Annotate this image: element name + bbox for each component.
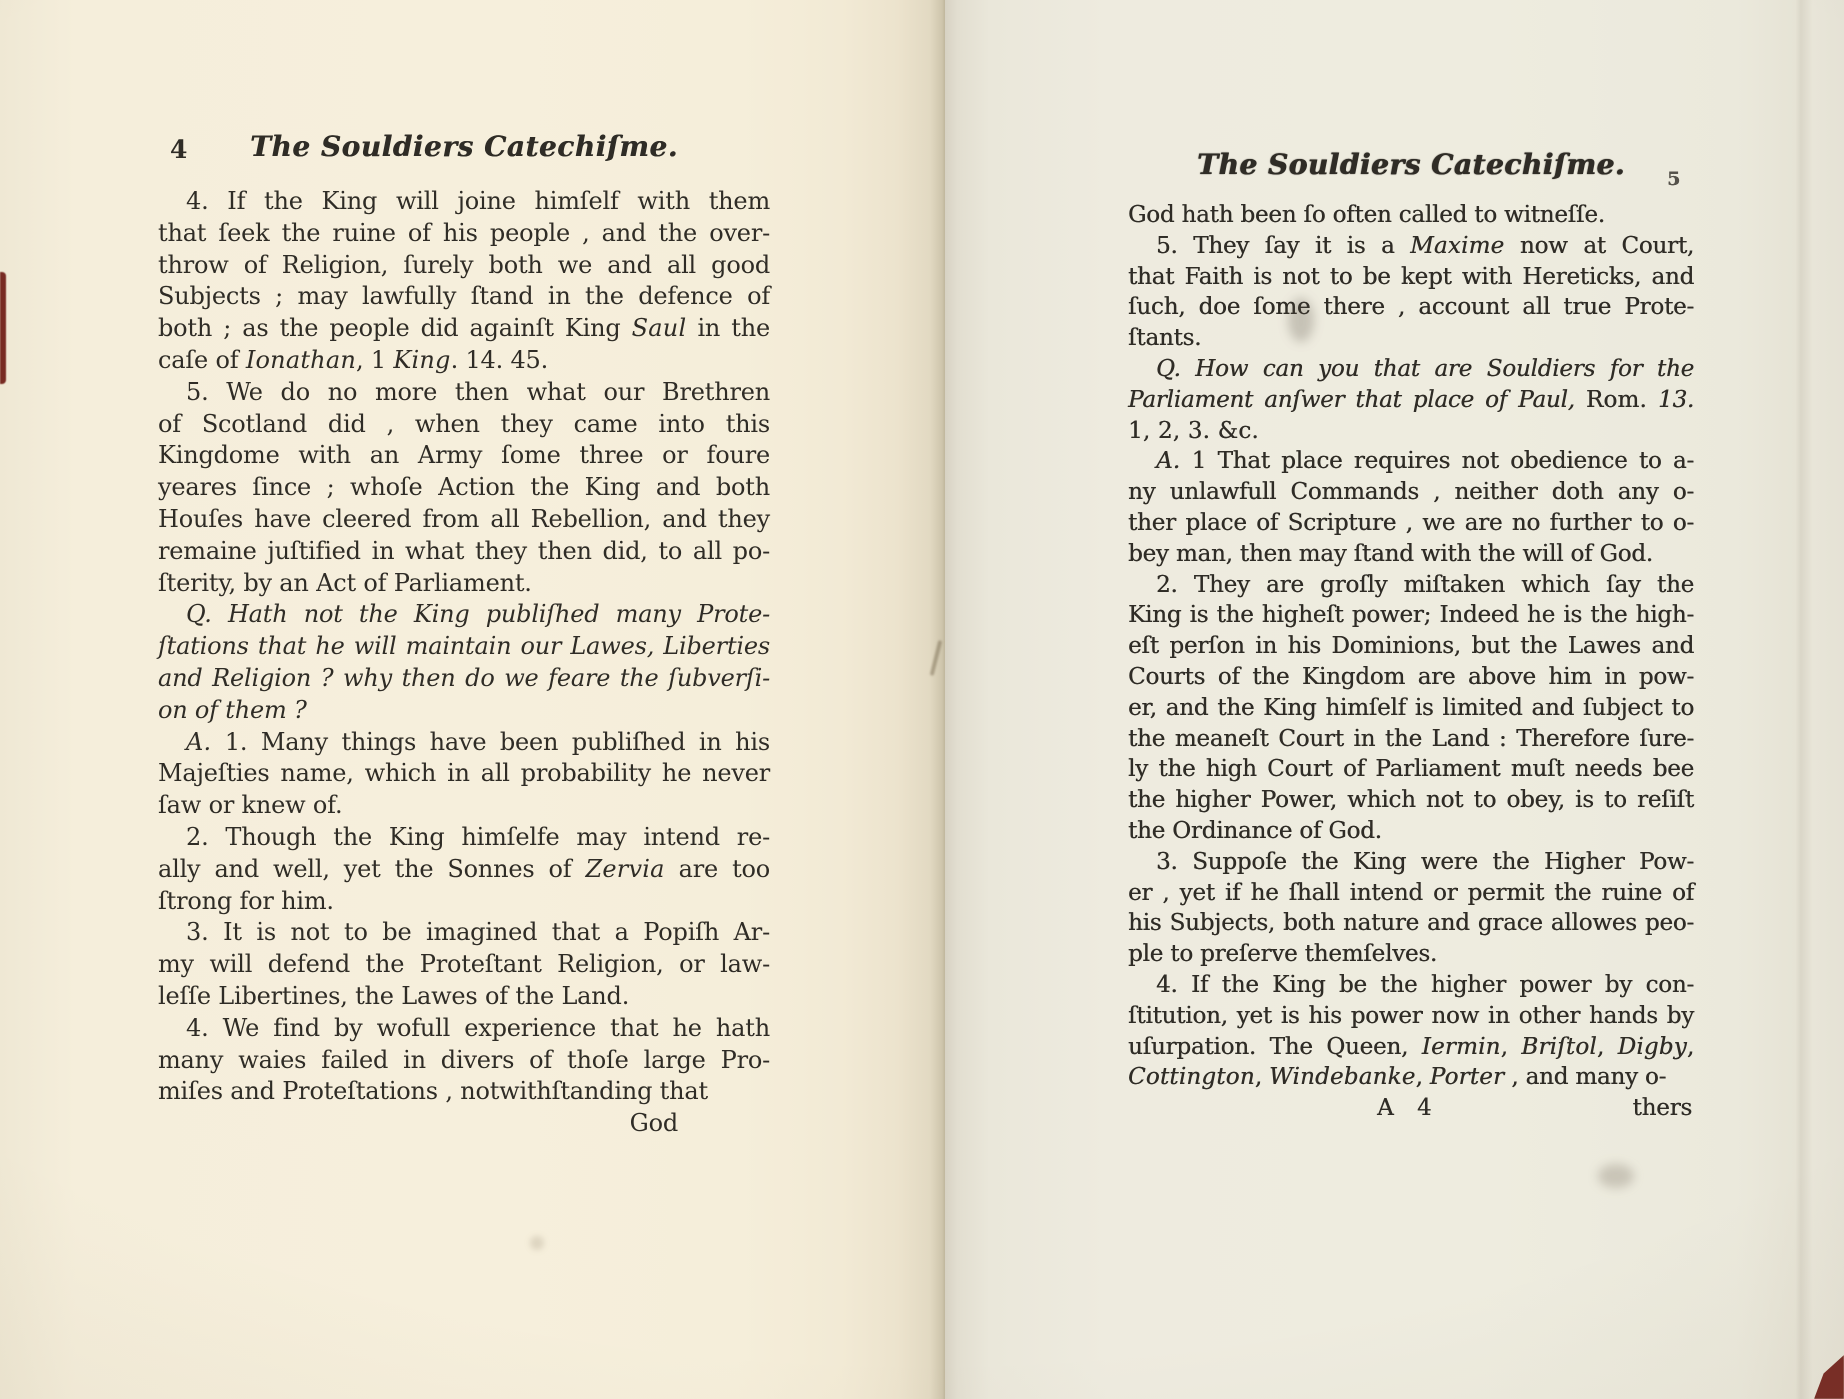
text-line: ny unlawfull Commands , neither doth any…: [1128, 477, 1694, 508]
text-line: that Faith is not to be kept with Hereti…: [1128, 262, 1694, 293]
text-line: his Subjects, both nature and grace allo…: [1128, 908, 1694, 939]
book-spread: 4 The Souldiers Catechiſme. 4. If the Ki…: [0, 0, 1844, 1399]
left-catchword: God: [158, 1108, 770, 1140]
text-line: many waies failed in divers of thoſe lar…: [158, 1045, 770, 1077]
answer-paragraph: 3. Suppoſe the King were the Higher Pow-…: [1128, 847, 1694, 970]
text-line: on of them ?: [158, 695, 770, 727]
left-text-block: 4 The Souldiers Catechiſme. 4. If the Ki…: [158, 130, 770, 1140]
text-line: ſaw or knew of.: [158, 790, 770, 822]
text-line: throw of Religion, ſurely both we and al…: [158, 250, 770, 282]
text-line: the Ordinance of God.: [1128, 816, 1694, 847]
right-page-body: God hath been ſo often called to witneſſ…: [1128, 200, 1694, 1093]
question-paragraph: Q. Hath not the King publiſhed many Prot…: [158, 599, 770, 726]
right-running-title: The Souldiers Catechiſme.: [1128, 148, 1694, 182]
answer-paragraph: 5. They ſay it is a Maxime now at Court,…: [1128, 231, 1694, 354]
text-line: God hath been ſo often called to witneſſ…: [1128, 200, 1694, 231]
signature-mark: A 4: [1377, 1093, 1440, 1124]
answer-paragraph: 3. It is not to be imagined that a Popiſ…: [158, 917, 770, 1012]
text-line: miſes and Proteſtations , notwithſtandin…: [158, 1076, 770, 1108]
text-line: ly the high Court of Parliament muſt nee…: [1128, 754, 1694, 785]
answer-paragraph: 2. Though the King himſelfe may intend r…: [158, 822, 770, 917]
text-line: ſtitution, yet is his power now in other…: [1128, 1001, 1694, 1032]
text-line: King is the higheſt power; Indeed he is …: [1128, 600, 1694, 631]
text-line: er , yet if he ſhall intend or permit th…: [1128, 878, 1694, 909]
text-line: Subjects ; may lawfully ſtand in the def…: [158, 281, 770, 313]
text-line: 5. We do no more then what our Brethren: [158, 377, 770, 409]
text-line: Kingdome with an Army ſome three or four…: [158, 440, 770, 472]
text-line: ſuch, doe ſome there , account all true …: [1128, 292, 1694, 323]
text-line: bey man, then may ſtand with the will of…: [1128, 539, 1694, 570]
text-line: Majeſties name, which in all probability…: [158, 758, 770, 790]
text-line: and Religion ? why then do we feare the …: [158, 663, 770, 695]
answer-paragraph: A. 1. Many things have been publiſhed in…: [158, 727, 770, 822]
right-catchword: thers: [1633, 1093, 1692, 1124]
text-line: ally and well, yet the Sonnes of Zervia …: [158, 854, 770, 886]
text-line: ſtations that he will maintain our Lawes…: [158, 631, 770, 663]
answer-paragraph: 4. If the King will joine himſelf with t…: [158, 186, 770, 377]
left-running-title: The Souldiers Catechiſme.: [158, 130, 770, 164]
answer-paragraph: 4. We find by wofull experience that he …: [158, 1013, 770, 1108]
text-line: Q. Hath not the King publiſhed many Prot…: [158, 599, 770, 631]
text-line: Houſes have cleered from all Rebellion, …: [158, 504, 770, 536]
text-line: the higher Power, which not to obey, is …: [1128, 785, 1694, 816]
text-line: ple to preſerve themſelves.: [1128, 939, 1694, 970]
answer-paragraph: 4. If the King be the higher power by co…: [1128, 970, 1694, 1093]
text-line: 4. We find by wofull experience that he …: [158, 1013, 770, 1045]
text-line: Parliament anſwer that place of Paul, Ro…: [1128, 385, 1694, 416]
text-line: caſe of Ionathan, 1 King. 14. 45.: [158, 345, 770, 377]
text-line: Q. How can you that are Souldiers for th…: [1128, 354, 1694, 385]
text-line: my will defend the Proteſtant Religion, …: [158, 949, 770, 981]
answer-paragraph: God hath been ſo often called to witneſſ…: [1128, 200, 1694, 231]
text-line: ſtants.: [1128, 323, 1694, 354]
left-page-number: 4: [170, 134, 187, 166]
text-line: uſurpation. The Queen, Iermin, Briſtol, …: [1128, 1032, 1694, 1063]
question-paragraph: Q. How can you that are Souldiers for th…: [1128, 354, 1694, 446]
text-line: both ; as the people did againſt King Sa…: [158, 313, 770, 345]
answer-paragraph: 5. We do no more then what our Brethreno…: [158, 377, 770, 600]
text-line: ſterity, by an Act of Parliament.: [158, 568, 770, 600]
text-line: 4. If the King will joine himſelf with t…: [158, 186, 770, 218]
right-text-block: The Souldiers Catechiſme. 5 God hath bee…: [1128, 148, 1694, 1124]
text-line: er, and the King himſelf is limited and …: [1128, 693, 1694, 724]
text-line: ſtrong for him.: [158, 886, 770, 918]
text-line: 3. Suppoſe the King were the Higher Pow-: [1128, 847, 1694, 878]
text-line: Cottington, Windebanke, Porter , and man…: [1128, 1062, 1694, 1093]
text-line: 3. It is not to be imagined that a Popiſ…: [158, 917, 770, 949]
text-line: the meaneſt Court in the Land : Therefor…: [1128, 724, 1694, 755]
text-line: of Scotland did , when they came into th…: [158, 409, 770, 441]
text-line: A. 1. Many things have been publiſhed in…: [158, 727, 770, 759]
binding-edge-mark: [0, 272, 6, 384]
left-page-header: 4 The Souldiers Catechiſme.: [158, 130, 770, 164]
text-line: leſſe Libertines, the Lawes of the Land.: [158, 981, 770, 1013]
text-line: ther place of Scripture , we are no furt…: [1128, 508, 1694, 539]
answer-paragraph: 2. They are groſly miſtaken which ſay th…: [1128, 570, 1694, 847]
text-line: yeares ſince ; whoſe Action the King and…: [158, 472, 770, 504]
text-line: 1, 2, 3. &c.: [1128, 416, 1694, 447]
text-line: 5. They ſay it is a Maxime now at Court,: [1128, 231, 1694, 262]
text-line: 2. Though the King himſelfe may intend r…: [158, 822, 770, 854]
text-line: 2. They are groſly miſtaken which ſay th…: [1128, 570, 1694, 601]
answer-paragraph: A. 1 That place requires not obedience t…: [1128, 446, 1694, 569]
text-line: Courts of the Kingdom are above him in p…: [1128, 662, 1694, 693]
text-line: 4. If the King be the higher power by co…: [1128, 970, 1694, 1001]
left-page-body: 4. If the King will joine himſelf with t…: [158, 186, 770, 1108]
text-line: that ſeek the ruine of his people , and …: [158, 218, 770, 250]
text-line: remaine juſtified in what they then did,…: [158, 536, 770, 568]
right-page-number: 5: [1667, 164, 1680, 195]
text-line: A. 1 That place requires not obedience t…: [1128, 446, 1694, 477]
right-signature-row: A 4 thers: [1128, 1093, 1694, 1124]
right-page-header: The Souldiers Catechiſme. 5: [1128, 148, 1694, 178]
text-line: eſt perſon in his Dominions, but the Law…: [1128, 631, 1694, 662]
